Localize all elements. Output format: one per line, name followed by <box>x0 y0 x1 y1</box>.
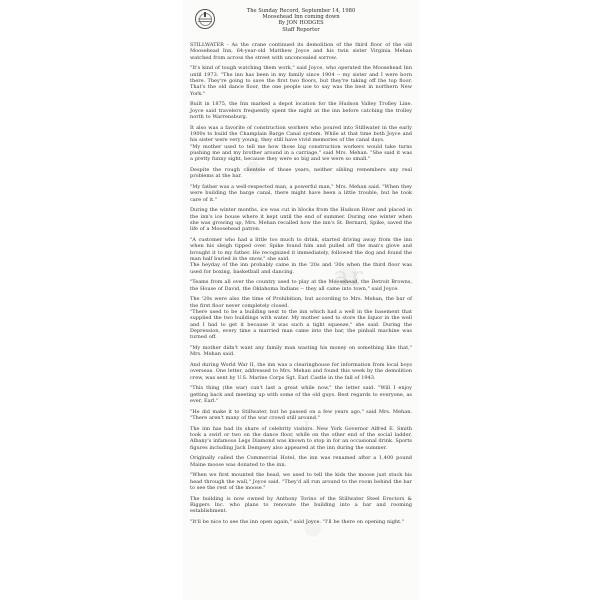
article-paragraph: The heyday of the inn probably came in t… <box>190 262 412 275</box>
article-paragraph: "When we first mounted the head, we used… <box>190 472 412 491</box>
article-paragraph: The inn has had its share of celebrity v… <box>190 426 412 451</box>
article-paragraph: "It'll be nice to see the inn open again… <box>190 519 412 525</box>
article-paragraph: "He did make it to Stillwater, but he pa… <box>190 409 412 422</box>
article-paragraph: And during World War II, the inn was a c… <box>190 362 412 381</box>
article-paragraph: It also was a favorite of construction w… <box>190 125 412 144</box>
article-paragraph: "My mother used to tell me how those big… <box>190 144 412 163</box>
article-paragraph: "My father was a well-respected man, a p… <box>190 184 412 203</box>
article-paragraph: Built in 1875, the Inn marked a depot lo… <box>190 101 412 120</box>
article-paragraph: "My mother didn't want any family man wa… <box>190 345 412 358</box>
article-paragraph: The '20s were also the time of Prohibiti… <box>190 296 412 309</box>
article-paragraph: Originally called the Commercial Hotel, … <box>190 455 412 468</box>
article-paragraph: The building is now owned by Anthony Tor… <box>190 496 412 515</box>
article-body: STILLWATER - As the crane continued its … <box>190 42 412 530</box>
article-paragraph: During the winter months, ice was cut in… <box>190 207 412 232</box>
article-paragraph: "A customer who had a little too much to… <box>190 237 412 262</box>
article-paragraph: "Teams from all over the country used to… <box>190 279 412 292</box>
reporter-role: Staff Reporter <box>183 27 419 33</box>
article-paragraph: "It's kind of tough watching them work,"… <box>190 65 412 97</box>
article-paragraph: "This thing (the war) can't last a great… <box>190 385 412 404</box>
article-paragraph: Despite the rough clientele of those yea… <box>190 167 412 180</box>
article-header: The Sunday Record, September 14, 1980 Mo… <box>183 8 419 33</box>
article-paragraph: STILLWATER - As the crane continued its … <box>190 42 412 61</box>
newspaper-clipping-page: ar I The Sunday Record, September 14, 19… <box>183 0 419 600</box>
article-paragraph: "There used to be a building next to the… <box>190 309 412 341</box>
